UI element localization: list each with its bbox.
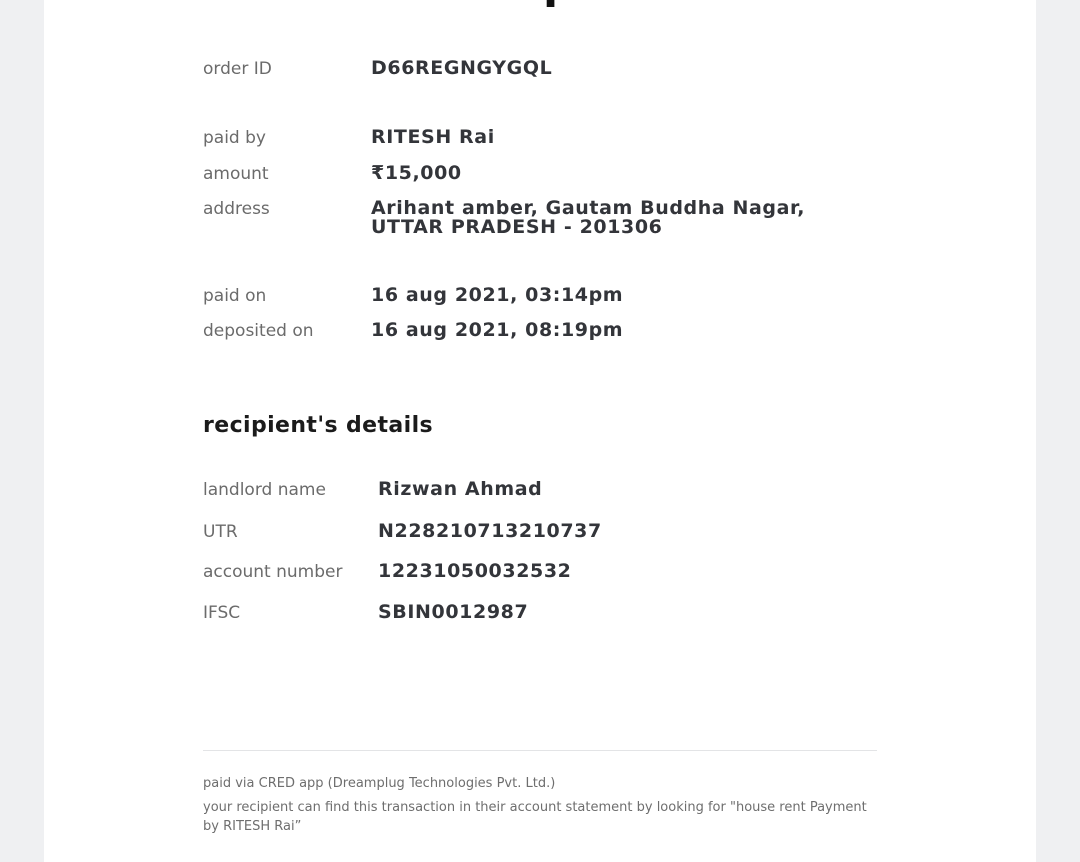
order-id-row: order ID D66REGNGYGQL	[203, 59, 552, 79]
utr-label: UTR	[203, 522, 378, 542]
landlord-name-label: landlord name	[203, 480, 378, 500]
address-row: address Arihant amber, Gautam Buddha Nag…	[203, 199, 805, 237]
utr-value: N228210713210737	[378, 522, 602, 542]
deposited-on-row: deposited on 16 aug 2021, 08:19pm	[203, 321, 623, 341]
amount-row: amount ₹15,000	[203, 164, 462, 184]
landlord-name-value: Rizwan Ahmad	[378, 480, 542, 500]
deposited-on-label: deposited on	[203, 321, 371, 341]
footer-divider	[203, 750, 877, 751]
paid-by-row: paid by RITESH Rai	[203, 128, 495, 148]
page-title-fragment: p	[543, 0, 575, 6]
amount-value: ₹15,000	[371, 164, 462, 184]
amount-label: amount	[203, 164, 371, 184]
deposited-on-value: 16 aug 2021, 08:19pm	[371, 321, 623, 341]
paid-via-note: paid via CRED app (Dreamplug Technologie…	[203, 774, 877, 793]
paid-on-label: paid on	[203, 286, 371, 306]
account-number-label: account number	[203, 562, 378, 582]
paid-by-label: paid by	[203, 128, 371, 148]
address-line2: UTTAR PRADESH - 201306	[371, 218, 805, 237]
account-number-value: 12231050032532	[378, 562, 571, 582]
ifsc-row: IFSC SBIN0012987	[203, 603, 528, 623]
statement-note: your recipient can find this transaction…	[203, 798, 877, 836]
paid-on-value: 16 aug 2021, 03:14pm	[371, 286, 623, 306]
recipient-details-heading: recipient's details	[203, 413, 433, 438]
account-number-row: account number 12231050032532	[203, 562, 571, 582]
order-id-value: D66REGNGYGQL	[371, 59, 552, 79]
ifsc-value: SBIN0012987	[378, 603, 528, 623]
landlord-name-row: landlord name Rizwan Ahmad	[203, 480, 542, 500]
utr-row: UTR N228210713210737	[203, 522, 602, 542]
receipt-card	[44, 0, 1036, 862]
paid-by-value: RITESH Rai	[371, 128, 495, 148]
address-label: address	[203, 199, 371, 237]
paid-on-row: paid on 16 aug 2021, 03:14pm	[203, 286, 623, 306]
ifsc-label: IFSC	[203, 603, 378, 623]
order-id-label: order ID	[203, 59, 371, 79]
